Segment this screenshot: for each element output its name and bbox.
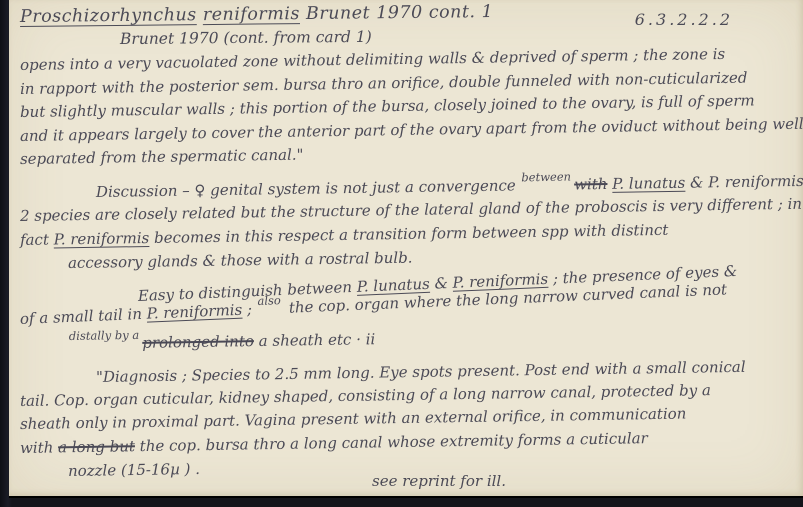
struck-out-text: prolonged into [142, 332, 254, 352]
card-body: opens into a very vacuolated zone withou… [20, 54, 793, 484]
inserted-correction: distally by a [69, 323, 140, 348]
text-run: with [20, 438, 58, 457]
text-run: Brunet 1970 cont. 1 [300, 2, 493, 24]
species-name: Proschizorhynchus [20, 5, 197, 27]
species-name: reniformis [203, 4, 300, 25]
inserted-correction: also [257, 289, 281, 313]
text-run: a sheath etc · ii [254, 330, 376, 350]
index-card: Proschizorhynchus reniformis Brunet 1970… [9, 0, 803, 496]
scanned-page-background: Proschizorhynchus reniformis Brunet 1970… [0, 0, 803, 507]
text-run: separated from the spermatic canal." [20, 146, 304, 168]
text-run: Discussion – ♀ genital system is not jus… [96, 176, 521, 201]
struck-out-text: with [574, 174, 608, 193]
text-run: accessory glands & those with a rostral … [68, 249, 413, 272]
struck-out-text: a long but [58, 437, 135, 456]
card-content: Proschizorhynchus reniformis Brunet 1970… [9, 0, 803, 496]
text-run: ; [242, 300, 257, 319]
species-name: P. lunatus [612, 173, 685, 192]
inserted-correction: between [521, 165, 571, 189]
species-name: P. reniformis [54, 228, 150, 247]
text-run: & P. reniformis, The [685, 171, 803, 191]
handwritten-line: distally by aprolonged into a sheath etc… [68, 321, 793, 357]
species-name: P. reniformis [146, 301, 242, 323]
card-title: Proschizorhynchus reniformis Brunet 1970… [20, 2, 493, 27]
text-run: fact [20, 230, 54, 249]
text-run: nozzle (15-16µ ) . [68, 460, 200, 480]
